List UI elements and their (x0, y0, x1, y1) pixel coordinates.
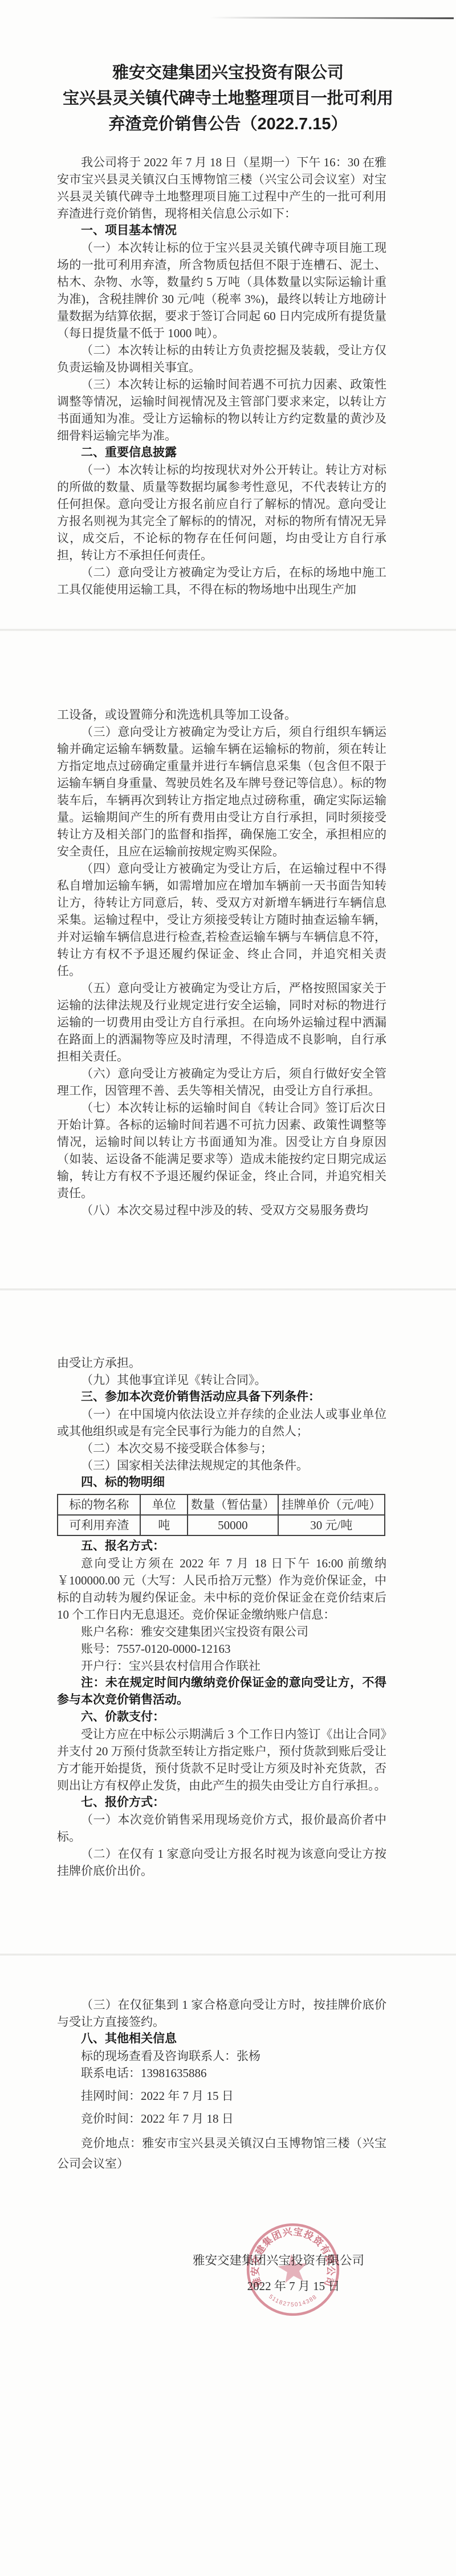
paragraph: （三）国家相关法律法规规定的其他条件。 (57, 1457, 386, 1474)
star-icon (276, 2253, 309, 2284)
table-header-cell: 挂牌单价（元/吨） (278, 1494, 385, 1515)
company-seal-stamp: 雅安交建集团兴宝投资有限公司 5118275014388 (242, 2219, 344, 2320)
paragraph: 竞价地点：雅安市宝兴县灵关镇汉白玉博物馆三楼（兴宝公司会议室） (57, 2133, 386, 2174)
scanned-document-page: 雅安交建集团兴宝投资有限公司 宝兴县灵关镇代碑寺土地整理项目一批可利用 弃渣竞价… (0, 0, 456, 2576)
paragraph: 注：未在规定时间内缴纳竞价保证金的意向受让方，不得参与本次竞价销售活动。 (57, 1674, 386, 1709)
title-line-3: 弃渣竞价销售公告（2022.7.15） (28, 112, 427, 137)
title-line-1: 雅安交建集团兴宝投资有限公司 (28, 60, 427, 86)
paragraph: 账号：7557-0120-0000-12163 (57, 1640, 386, 1657)
paragraph: 由受让方承担。 (57, 1354, 386, 1371)
table-cell: 50000 (188, 1515, 278, 1535)
page-4-body: （三）在仅征集到 1 家合格意向受让方时，按挂牌价底价与受让方直接签约。八、其他… (57, 1996, 386, 2174)
page-1-body: 我公司将于 2022 年 7 月 18 日（星期一）下午 16：30 在雅安市宝… (57, 154, 386, 598)
paragraph: 开户行：宝兴县农村信用合作联社 (57, 1657, 386, 1674)
table-cell: 30 元/吨 (278, 1515, 385, 1535)
table-header-cell: 数量（暂估量） (188, 1494, 278, 1515)
paragraph: （一）本次转让标的位于宝兴县灵关镇代碑寺项目施工现场的一批可利用弃渣，所含物质包… (57, 239, 386, 342)
paragraph: （五）意向受让方被确定为受让方后，严格按照国家关于运输的法律法规及行业规定进行安… (57, 980, 386, 1065)
paragraph: （七）本次转让标的运输时间自《转让合同》签订后次日开始计算。各标的运输时间若遇不… (57, 1099, 386, 1202)
section-heading: 四、标的物明细 (57, 1474, 386, 1491)
seal-serial-number: 5118275014388 (267, 2294, 319, 2308)
paragraph: 挂网时间：2022 年 7 月 15 日 (57, 2087, 386, 2104)
paragraph: （三）在仅征集到 1 家合格意向受让方时，按挂牌价底价与受让方直接签约。 (57, 1996, 386, 2030)
paragraph: （八）本次交易过程中涉及的转、受双方交易服务费均 (57, 1202, 386, 1219)
paragraph: （一）本次转让标的均按现状对外公开转让。转让方对标的所做的数量、质量等数据均属参… (57, 461, 386, 564)
svg-text:5118275014388: 5118275014388 (267, 2294, 319, 2308)
table-header-cell: 单位 (140, 1494, 188, 1515)
paragraph: （二）本次交易不接受联合体参与； (57, 1440, 386, 1457)
scan-artifact-line (210, 17, 454, 19)
paragraph: 工设备，或设置筛分和洗选机具等加工设备。 (57, 706, 386, 723)
page-seam (0, 1288, 456, 1291)
table-header-cell: 标的物名称 (58, 1494, 140, 1515)
subject-matter-table: 标的物名称单位数量（暂估量）挂牌单价（元/吨）可利用弃渣吨5000030 元/吨 (57, 1494, 385, 1536)
table-cell: 吨 (140, 1515, 188, 1535)
section-heading: 八、其他相关信息 (57, 2030, 386, 2047)
paragraph: 竞价时间：2022 年 7 月 18 日 (57, 2110, 386, 2127)
paragraph: （九）其他事宜详见《转让合同》。 (57, 1371, 386, 1389)
paragraph: （二）本次转让标的由转让方负责挖掘及装载，受让方仅负责运输及协调相关事宜。 (57, 342, 386, 376)
page-3-body: 由受让方承担。（九）其他事宜详见《转让合同》。三、参加本次竞价销售活动应具备下列… (57, 1354, 386, 1879)
paragraph: （二）意向受让方被确定为受让方后，在标的场地中施工工具仅能使用运输工具，不得在标… (57, 564, 386, 598)
paragraph: 我公司将于 2022 年 7 月 18 日（星期一）下午 16：30 在雅安市宝… (57, 154, 386, 222)
paragraph: （三）本次转让标的运输时间若遇不可抗力因素、政策性调整等情况，运输时间视情况及主… (57, 376, 386, 444)
section-heading: 二、重要信息披露 (57, 444, 386, 461)
page-2-body: 工设备，或设置筛分和洗选机具等加工设备。（三）意向受让方被确定为受让方后，须自行… (57, 706, 386, 1219)
paragraph: 账户名称：雅安交建集团兴宝投资有限公司 (57, 1623, 386, 1640)
section-heading: 七、报价方式： (57, 1794, 386, 1811)
table-cell: 可利用弃渣 (58, 1515, 140, 1535)
section-heading: 六、价款支付： (57, 1709, 386, 1726)
paragraph: （六）意向受让方被确定为受让方后，须自行做好安全管理工作，因管理不善、丢失等相关… (57, 1065, 386, 1099)
paragraph: （一）本次竞价销售采用现场竞价方式，报价最高价者中标。 (57, 1811, 386, 1845)
document-title: 雅安交建集团兴宝投资有限公司 宝兴县灵关镇代碑寺土地整理项目一批可利用 弃渣竞价… (28, 60, 427, 137)
paragraph: （二）在仅有 1 家意向受让方报名时视为该意向受让方按挂牌价底价出价。 (57, 1845, 386, 1879)
section-heading: 五、报名方式： (57, 1538, 386, 1555)
paragraph: （四）意向受让方被确定为受让方后，在运输过程中不得私自增加运输车辆，如需增加应在… (57, 860, 386, 980)
paragraph: 受让方应在中标公示期满后 3 个工作日内签订《出让合同》并支付 20 万预付货款… (57, 1726, 386, 1794)
paragraph: 联系电话：13981635886 (57, 2065, 386, 2082)
paragraph: 标的现场查看及咨询联系人：张杨 (57, 2047, 386, 2065)
paragraph: （三）意向受让方被确定为受让方后，须自行组织车辆运输并确定运输车辆数量。运输车辆… (57, 723, 386, 860)
paragraph: （一）在中国境内依法设立并存续的企业法人或事业单位或其他组织或是有完全民事行为能… (57, 1406, 386, 1440)
page-seam (0, 629, 456, 631)
title-line-2: 宝兴县灵关镇代碑寺土地整理项目一批可利用 (28, 86, 427, 112)
paragraph: 意向受让方须在 2022 年 7 月 18 日下午 16:00 前缴纳 ￥100… (57, 1555, 386, 1623)
section-heading: 三、参加本次竞价销售活动应具备下列条件： (57, 1389, 386, 1406)
section-heading: 一、项目基本情况 (57, 222, 386, 239)
page-seam (0, 1953, 456, 1956)
